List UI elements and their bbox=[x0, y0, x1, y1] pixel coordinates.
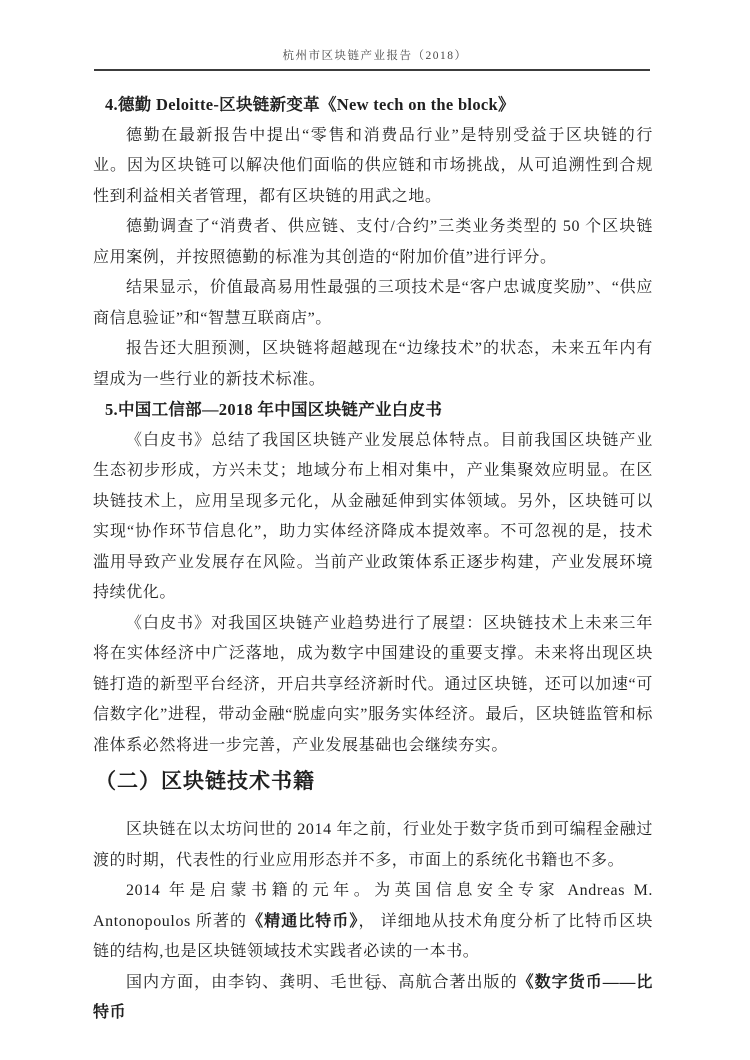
paragraph-deloitte-1: 德勤在最新报告中提出“零售和消费品行业”是特别受益于区块链的行业。因为区块链可以… bbox=[93, 121, 653, 213]
paragraph-whitepaper-1: 《白皮书》总结了我国区块链产业发展总体特点。目前我国区块链产业生态初步形成，方兴… bbox=[93, 426, 653, 609]
paragraph-deloitte-2: 德勤调查了“消费者、供应链、支付/合约”三类业务类型的 50 个区块链应用案例，… bbox=[93, 212, 653, 273]
document-page: 杭州市区块链产业报告（2018） 4.德勤 Deloitte-区块链新变革《Ne… bbox=[0, 0, 750, 1060]
heading-section-blockchain-books: （二）区块链技术书籍 bbox=[93, 767, 653, 795]
header-rule bbox=[94, 69, 650, 71]
paragraph-books-3: 国内方面，由李钧、龚明、毛世行、高航合著出版的《数字货币——比特币 bbox=[93, 968, 653, 1029]
running-header-title: 杭州市区块链产业报告（2018） bbox=[0, 47, 750, 63]
book-title-mastering-bitcoin: 《精通比特币》 bbox=[247, 913, 358, 930]
page-content: 4.德勤 Deloitte-区块链新变革《New tech on the blo… bbox=[93, 90, 653, 1029]
paragraph-deloitte-4: 报告还大胆预测，区块链将超越现在“边缘技术”的状态，未来五年内有望成为一些行业的… bbox=[93, 334, 653, 395]
paragraph-whitepaper-2: 《白皮书》对我国区块链产业趋势进行了展望：区块链技术上未来三年将在实体经济中广泛… bbox=[93, 609, 653, 762]
heading-item4-deloitte: 4.德勤 Deloitte-区块链新变革《New tech on the blo… bbox=[93, 90, 653, 121]
paragraph-books-1: 区块链在以太坊问世的 2014 年之前，行业处于数字货币到可编程金融过渡的时期，… bbox=[93, 815, 653, 876]
page-number: 57 bbox=[0, 979, 750, 994]
heading-item5-miit-whitepaper: 5.中国工信部—2018 年中国区块链产业白皮书 bbox=[93, 395, 653, 426]
paragraph-books-2: 2014 年是启蒙书籍的元年。为英国信息安全专家 Andreas M. Anto… bbox=[93, 876, 653, 968]
paragraph-deloitte-3: 结果显示，价值最高易用性最强的三项技术是“客户忠诚度奖励”、“供应商信息验证”和… bbox=[93, 273, 653, 334]
